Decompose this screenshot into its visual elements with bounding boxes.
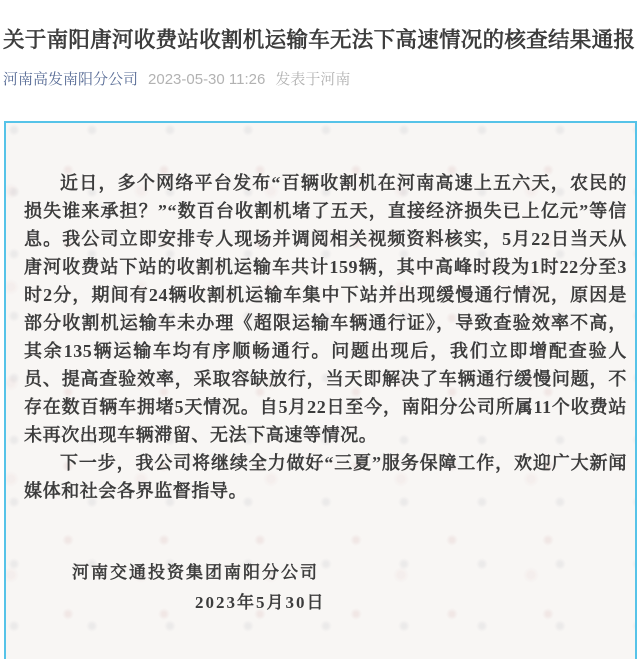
notice-paragraph-1: 近日，多个网络平台发布“百辆收割机在河南高速上五六天，农民的损失谁来承担？”“数… (24, 169, 627, 449)
publish-location: 发表于河南 (275, 70, 350, 90)
notice-signature: 河南交通投资集团南阳分公司 (72, 559, 627, 587)
article-page: 关于南阳唐河收费站收割机运输车无法下高速情况的核查结果通报 河南高发南阳分公司 … (0, 14, 640, 659)
article-byline: 河南高发南阳分公司 2023-05-30 11:26 发表于河南 (3, 70, 637, 90)
author-link[interactable]: 河南高发南阳分公司 (3, 70, 138, 90)
notice-box: 近日，多个网络平台发布“百辆收割机在河南高速上五六天，农民的损失谁来承担？”“数… (4, 121, 637, 659)
notice-paragraph-2: 下一步，我公司将继续全力做好“三夏”服务保障工作，欢迎广大新闻媒体和社会各界监督… (24, 449, 627, 505)
article-title: 关于南阳唐河收费站收割机运输车无法下高速情况的核查结果通报 (0, 14, 640, 55)
notice-date: 2023年5月30日 (195, 589, 627, 617)
publish-timestamp: 2023-05-30 11:26 (148, 70, 265, 90)
